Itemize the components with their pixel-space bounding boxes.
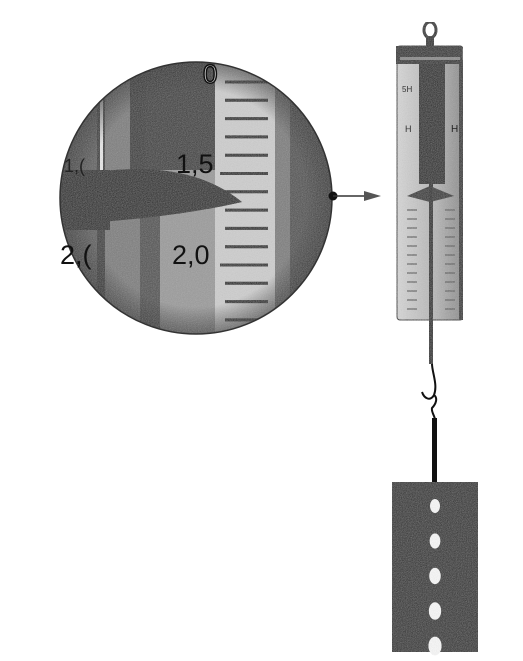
mag-label-left-2: 2,( [60,240,92,270]
magnifier [50,50,350,357]
mag-label-2-0: 2,0 [172,240,210,270]
weight-block [392,482,478,655]
pointer-arrow [329,191,382,201]
mag-label-top-partial: 0 [203,59,217,89]
mag-label-left-1: 1,( [64,156,85,176]
hook-and-string [422,364,436,420]
weight-rod [432,418,437,486]
scale-label-mid-left: H [405,124,412,134]
spring-scale [396,22,463,364]
mag-label-1-5: 1,5 [176,149,214,179]
scale-label-top-left: 5H [402,85,412,94]
scale-label-mid-right: H [451,124,458,135]
spring-scale-diagram: 0 1,5 2,0 1,( 2,( 5H H H [0,0,523,661]
